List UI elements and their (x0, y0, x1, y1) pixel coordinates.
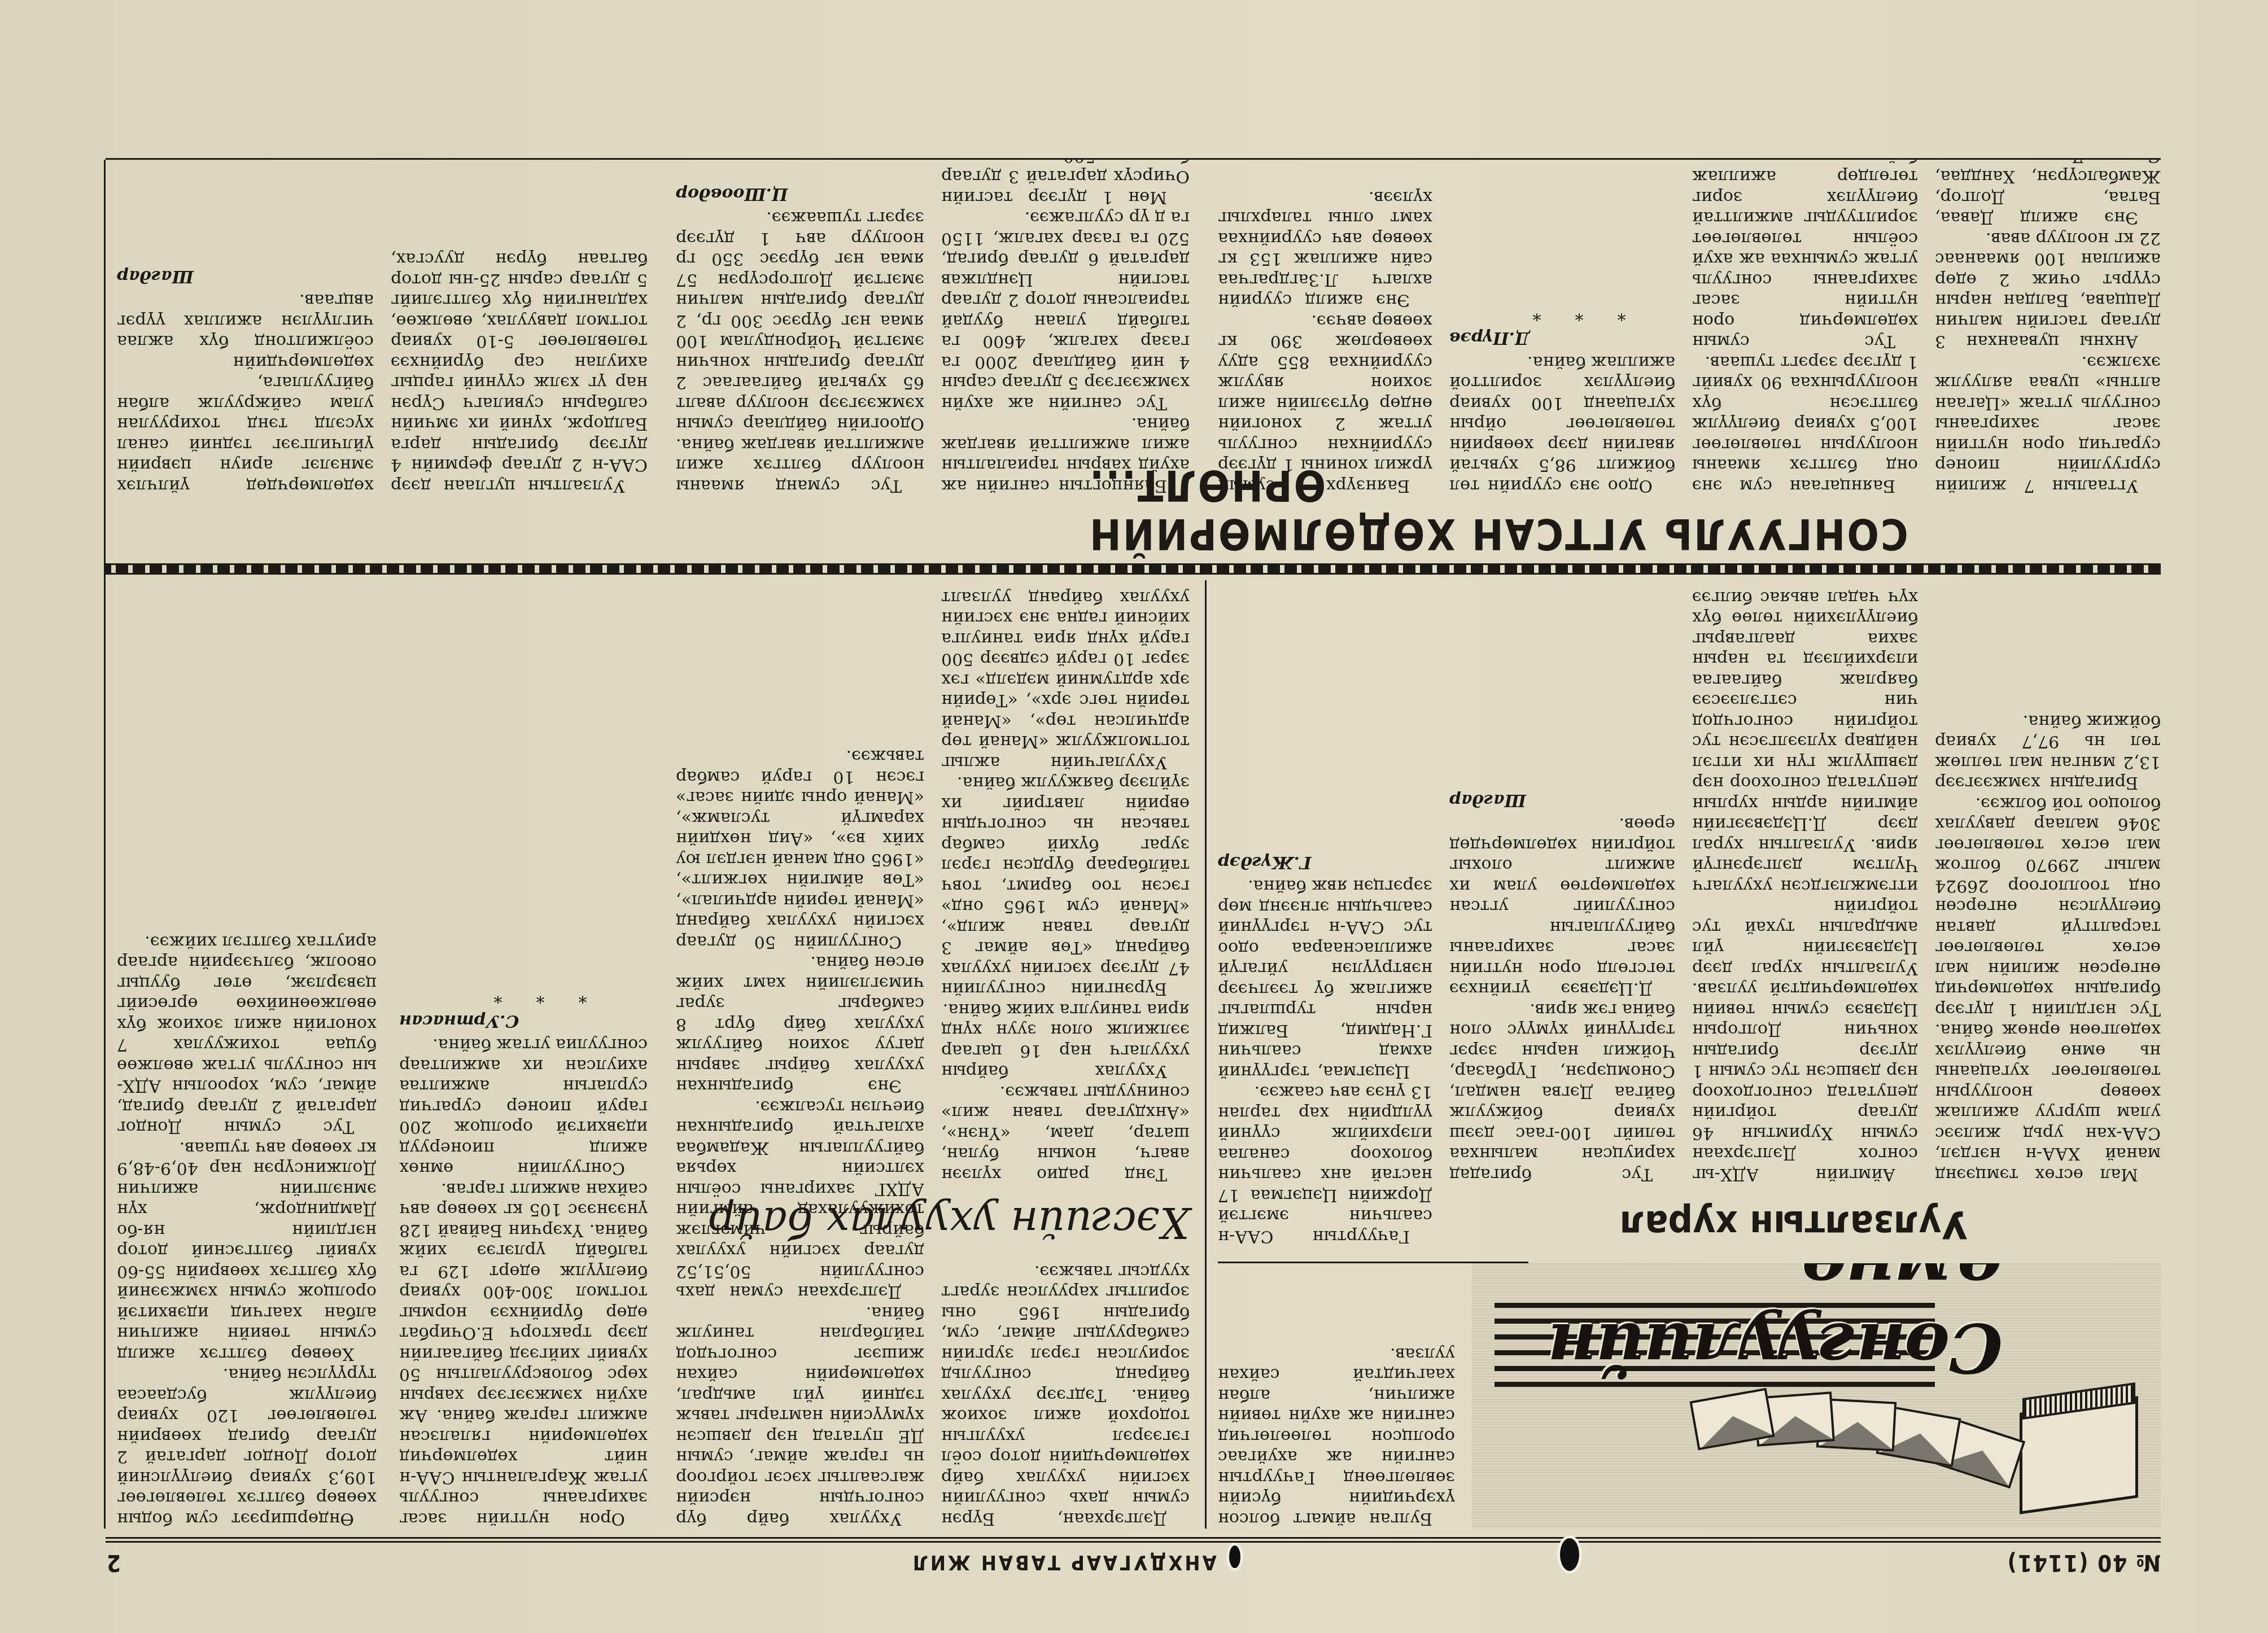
paragraph: Ухуулагчийн ажлыг тогтмолжуулж «Манай тө… (941, 586, 1190, 772)
labor-col-h: Тус суманд ямааны ноолуур бэлтгэх ажил а… (676, 160, 924, 496)
punch-hole (1229, 1546, 1240, 1568)
byline: Ц.Шоовдор (676, 183, 924, 204)
paragraph: Баянцогтын сангийн аж ахуйд хаврын тариа… (941, 413, 1190, 496)
paragraph: Дэлгэрхаан, Бүрэн сумын дахь сонгуулийн … (941, 1261, 1190, 1529)
masthead: № 40 (1141) АНХДУГААР ТАВАН ЖИЛ 2 (106, 1537, 2161, 1582)
labor-col-c: Одоо энэ суурийн төл бойжилт 98,5 хувьта… (1449, 160, 1675, 496)
byline: Г.Жүгдэр (1218, 852, 1432, 873)
paragraph: Тус сумын хөдөлмөрчид орон нутгийн засаг… (1692, 160, 1918, 352)
page-body: Сонгуулийн өмнө Булган аймагт болсон үхэ… (106, 160, 2161, 1529)
paragraph: Д.Цэдэвээ үгийнхээ төгсгөлд орон нутгийн… (1449, 813, 1675, 999)
agit-col-2: Ухуулах байр бүр сонгогчдын нэрсийн жагс… (676, 586, 924, 1529)
paragraph: Гачууртын САА-н саальчин эмэгтэй Доржийн… (1218, 1082, 1432, 1246)
labor-col-f: Өндөрширээт сум бодын хөөвөр бэлтгэх төл… (117, 586, 377, 1529)
labor-col-i: Уулзалтын цуглаан дээр САА-н 2 дугаар фе… (117, 160, 648, 496)
newspaper-page: № 40 (1141) АНХДУГААР ТАВАН ЖИЛ 2 Сонгуу… (0, 0, 2268, 1633)
paragraph: Хөөвөр бэлтгэх ажилд сумын төвийн ажилчи… (117, 1137, 377, 1364)
paragraph: Цэцэгмаа, тэргүүний ахмад саальчин Г.Над… (1218, 875, 1432, 1082)
agit-col-1: Тэнд радио хүлээн авагч, номын булан, ша… (941, 586, 1190, 1184)
byline: Шагдар (1449, 790, 1675, 811)
paragraph: Тус суманд ямааны ноолуур бэлтгэх ажил а… (676, 207, 924, 496)
paragraph: Тэнд радио хүлээн авагч, номын булан, ша… (941, 1082, 1190, 1185)
page-number: 2 (106, 1549, 121, 1575)
labor-col-a: Угтаалын 7 жилийн сургуулийн пионер сура… (1935, 160, 2161, 496)
headline-rule (106, 563, 2161, 575)
paragraph: Энэ ажилд суурийн ахлагч Л.Загдрагчаа са… (1218, 187, 1432, 310)
meeting-col-2: Аймгийн АДХ-ыг сонгох Дэлгэрхаан сумын Х… (1692, 586, 1918, 1184)
paragraph: Бригадын хэмжээгээр 13,2 мянган мал төлл… (1935, 711, 2161, 793)
paragraph: Мөн 1 дүгээр тасгийн Очирсүх даргатай 3 … (941, 160, 1190, 207)
byline: С.Уртнасан (399, 1010, 648, 1031)
paragraph: Мал өсгөх тэмцээнд манай ХАА-н нэгдэл, С… (1935, 793, 2161, 1185)
paragraph: Тус сумын Дондог даргатай 2 дугаар брига… (117, 931, 377, 1137)
separator-stars: *** (399, 986, 648, 1007)
page-frame: № 40 (1141) АНХДУГААР ТАВАН ЖИЛ 2 Сонгуу… (106, 160, 2161, 1582)
meeting-col-3: Тус бригадад хариуцсан малынхаа төлийг 1… (1449, 586, 1675, 1184)
separator-stars: *** (1449, 304, 1675, 325)
meeting-title: Уулзалтын хурал (1540, 1202, 2048, 1246)
labor-col-e: Орон нутгийн засаг захиргааны сонгууль у… (399, 586, 648, 1529)
punch-hole (1560, 1538, 1579, 1571)
paragraph: Ухуулах байр бүр сонгогчдын нэрсийн жагс… (676, 1302, 924, 1529)
labor-col-b: Баянцагаан сум энэ онд бэлтгэх ямааны но… (1692, 160, 1918, 496)
page-edge-rule (104, 160, 106, 1529)
paragraph: Сонгуулийн 50 дугаар хэсгийн ухуулах бай… (676, 746, 924, 952)
divider (1218, 1262, 1528, 1263)
paragraph: Энэ бригадынхан ухуулах байрыг заврын да… (676, 952, 924, 1096)
paragraph: Энэ ажилд Даваа, Батаа, Долгор, Жамбалсү… (1935, 160, 2161, 228)
column-rule (1205, 580, 1207, 1529)
paragraph: Ухуулах байрын ухуулагч нар 16 цагаар ээ… (941, 999, 1190, 1082)
paper-title: АНХДУГААР ТАВАН ЖИЛ (911, 1551, 1217, 1574)
paragraph: Орон нутгийн засаг захиргааны сонгууль у… (399, 1179, 648, 1529)
paragraph: Баянцагаан сум энэ онд бэлтгэх ямааны но… (1692, 352, 1918, 496)
issue-number: № 40 (1141) (2007, 1549, 2161, 1575)
agit-point-lead: Дэлгэрхаан, Бүрэн сумын дахь сонгуулийн … (941, 1258, 1190, 1529)
paragraph: Баянзүрх сумын үржил хонины 1 дүгээр суу… (1218, 310, 1432, 496)
paragraph: Тус сангийн аж ахуйн хэмжээгээр 5 дугаар… (941, 207, 1190, 413)
page-bottom-rule (106, 158, 2161, 160)
paragraph: Дэлгэрхаан суман дахь сонгуулийн 50,51,5… (676, 1096, 924, 1302)
labor-col-d: Баянзүрх сумын үржил хонины 1 дүгээр суу… (1218, 160, 1432, 496)
paragraph: Тус бригадад хариуцсан малынхаа төлийг 1… (1449, 999, 1675, 1185)
paragraph: Бүрэнгийн сонгуулийн 47 дүгээр хэсгийн у… (941, 772, 1190, 999)
meeting-col-1: Мал өсгөх тэмцээнд манай ХАА-н нэгдэл, С… (1935, 586, 2161, 1184)
paragraph: Булган аймагт болсон үхэрчидийн бүсийн з… (1218, 1343, 1455, 1529)
paragraph: Аймгийн АДХ-ыг сонгох Дэлгэрхаан сумын Х… (1692, 586, 1918, 1184)
labor-col-g: Баянцогтын сангийн аж ахуйд хаврын тариа… (941, 160, 1190, 496)
labor-col-right-top: Гачууртын САА-н саальчин эмэгтэй Доржийн… (1218, 586, 1432, 1246)
paragraph: Сонгуулийн өмнөх ажилд пионерууд идэвхит… (399, 1034, 648, 1179)
byline: Д.Пүрэв (1449, 327, 1675, 348)
election-banner: Сонгуулийн өмнө (1472, 1263, 2161, 1529)
banner-title: Сонгуулийн өмнө (1472, 1263, 2003, 1387)
ballot-box-icon (2020, 1396, 2138, 1514)
labor-upsurge-continuation: Булган аймагт болсон үхэрчидийн бүсийн з… (1218, 1263, 1455, 1529)
paragraph: Одоо энэ суурийн төл бойжилт 98,5 хувьта… (1449, 352, 1675, 496)
byline: Шагдар (117, 266, 374, 287)
paragraph: Анхны цуваанхан 3 дугаар тасгийн малчин … (1935, 228, 2161, 352)
paragraph: Өндөрширээт сум бодын хөөвөр бэлтгэх төл… (117, 1364, 377, 1529)
paragraph: Угтаалын 7 жилийн сургуулийн пионер сура… (1935, 352, 2161, 496)
